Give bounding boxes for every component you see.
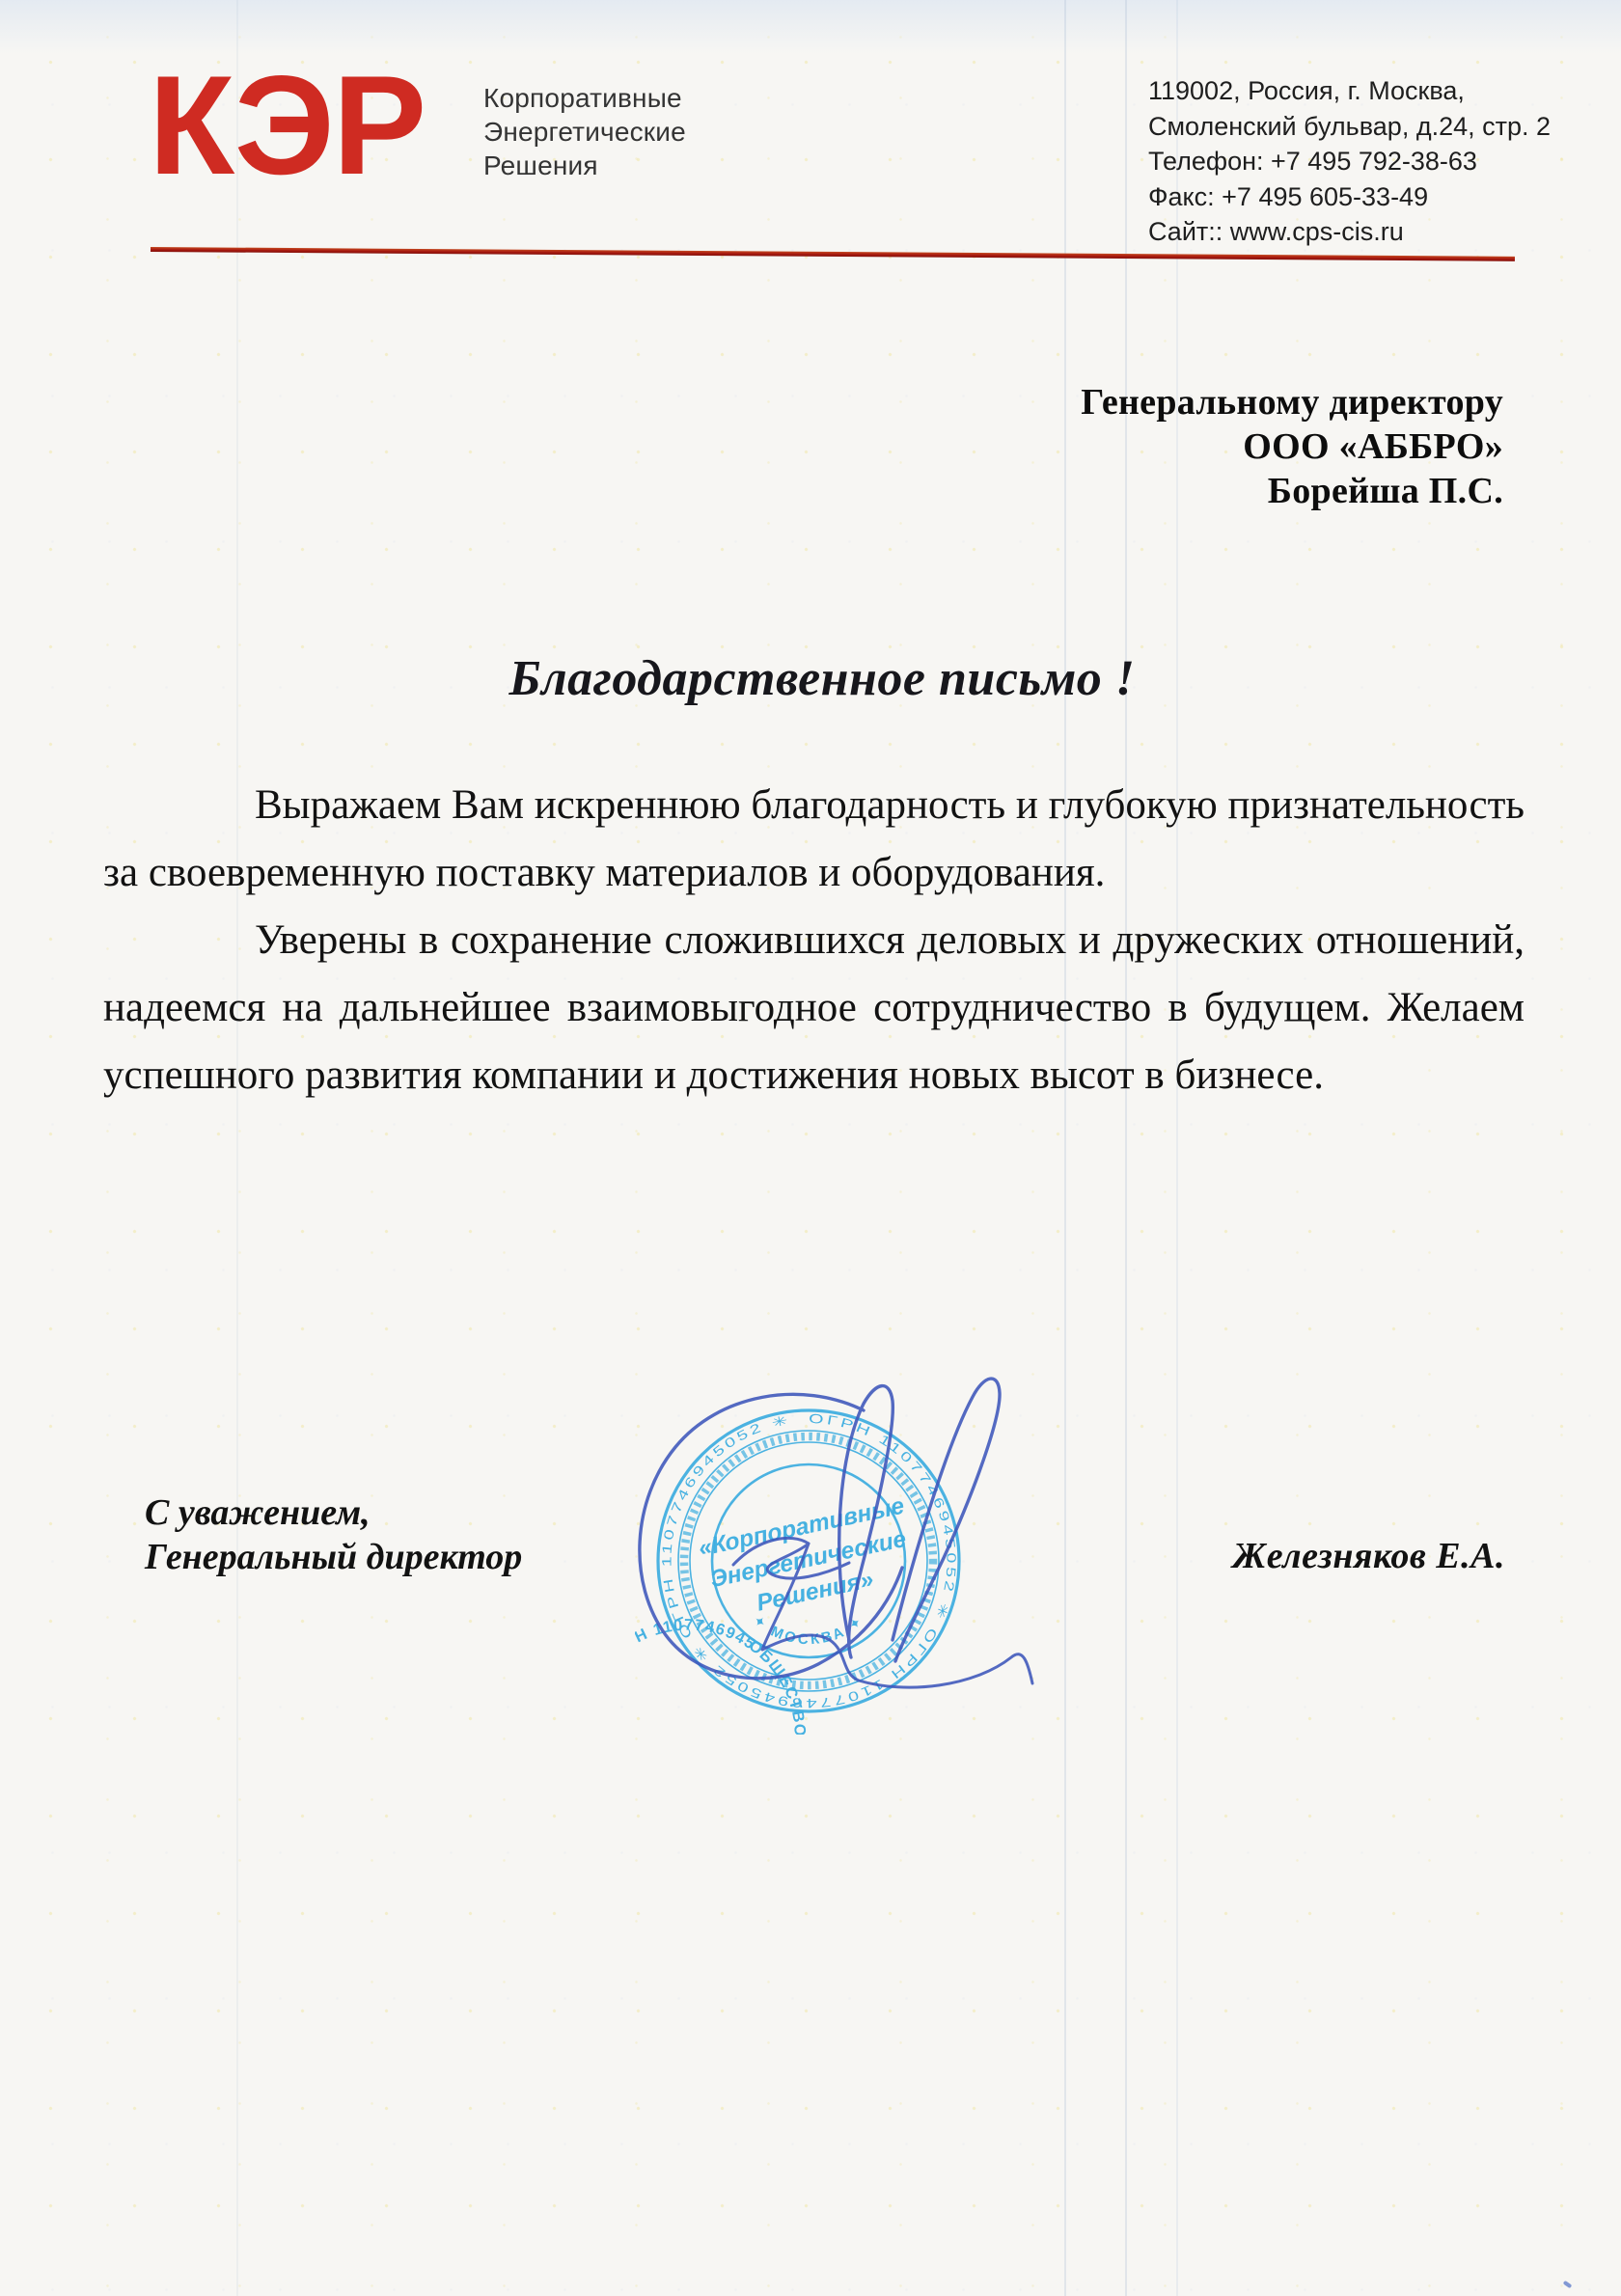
scan-artifact-line [1125, 0, 1127, 2296]
body-paragraph: Выражаем Вам искреннюю благодарность и г… [103, 772, 1525, 907]
signature-stroke [893, 1379, 1000, 1661]
closing-line: Генеральный директор [145, 1535, 522, 1579]
signature-stroke [839, 1386, 893, 1657]
recipient-line: Борейша П.С. [1081, 469, 1503, 513]
scanned-letter-page: КЭР Корпоративные Энергетические Решения… [0, 0, 1621, 2296]
scan-artifact-line [1064, 0, 1066, 2296]
signatory-name: Железняков Е.А. [1232, 1535, 1505, 1577]
closing-block: С уважением, Генеральный директор [145, 1490, 522, 1579]
tagline-line: Энергетические [483, 115, 686, 149]
scan-artifact-line [236, 0, 238, 2296]
contact-fax-line: Факс: +7 495 605-33-49 [1148, 179, 1551, 215]
contact-address-line: Смоленский бульвар, д.24, стр. 2 [1148, 109, 1551, 145]
contact-block: 119002, Россия, г. Москва, Смоленский бу… [1148, 73, 1551, 250]
signature-stroke [733, 1538, 849, 1578]
recipient-line: ООО «АББРО» [1081, 424, 1503, 469]
tagline-line: Корпоративные [483, 81, 686, 115]
scan-ink-speck [1563, 2281, 1573, 2288]
company-logo: КЭР [149, 55, 425, 196]
tagline-line: Решения [483, 149, 686, 182]
contact-website-line: Сайт:: www.cps-cis.ru [1148, 214, 1551, 250]
recipient-line: Генеральному директору [1081, 380, 1503, 424]
scan-artifact-line [1176, 0, 1178, 2296]
letter-body: Выражаем Вам искреннюю благодарность и г… [103, 772, 1525, 1109]
recipient-block: Генеральному директору ООО «АББРО» Борей… [1081, 380, 1503, 513]
contact-phone-line: Телефон: +7 495 792-38-63 [1148, 144, 1551, 179]
signature-stroke [640, 1394, 902, 1678]
contact-address-line: 119002, Россия, г. Москва, [1148, 73, 1551, 109]
logo-tagline: Корпоративные Энергетические Решения [483, 81, 686, 182]
closing-line: С уважением, [145, 1490, 522, 1535]
body-paragraph: Уверены в сохранение сложившихся деловых… [103, 907, 1525, 1109]
signature-ink-icon [540, 1331, 1081, 1736]
handwritten-signature [540, 1331, 1081, 1736]
letter-title: Благодарственное письмо ! [12, 650, 1621, 707]
